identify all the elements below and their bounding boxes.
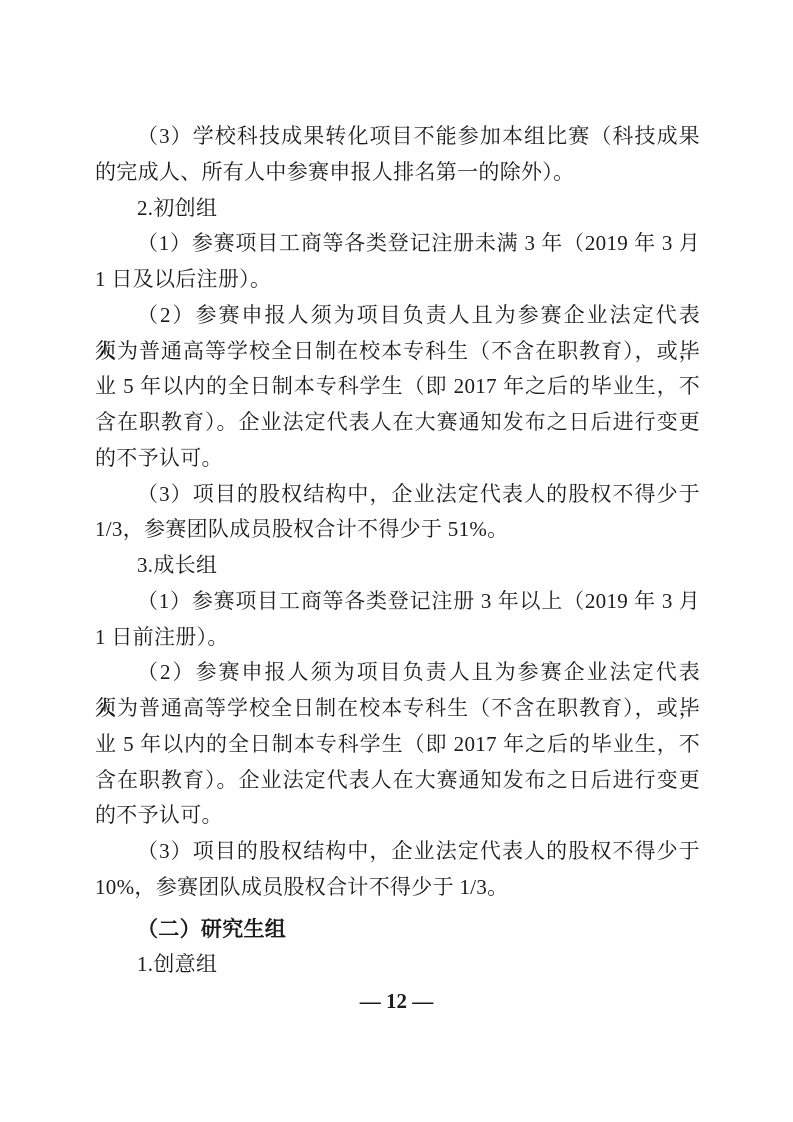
body-text-line: 1/3，参赛团队成员股权合计不得少于 51%。 [95,512,700,548]
page-footer: — 12 — [0,986,793,1016]
body-text-line: 须为普通高等学校全日制在校本专科生（不含在职教育），或毕 [95,334,700,370]
body-text-line: （1）参赛项目工商等各类登记注册未满 3 年（2019 年 3 月 [95,226,700,262]
body-text-line: 1 日前注册）。 [95,620,700,656]
page-number: — 12 — [360,989,434,1013]
body-text-line: （3）项目的股权结构中，企业法定代表人的股权不得少于 [95,477,700,513]
body-text-line: 1 日及以后注册）。 [95,262,700,298]
heading-chuchuang-group: 2.初创组 [95,191,700,227]
body-text-line: 的不予认可。 [95,441,700,477]
body-text-line: （3）学校科技成果转化项目不能参加本组比赛（科技成果 [95,119,700,155]
body-text-line: 的完成人、所有人中参赛申报人排名第一的除外）。 [95,155,700,191]
body-text-line: （3）项目的股权结构中，企业法定代表人的股权不得少于 [95,834,700,870]
document-page: （3）学校科技成果转化项目不能参加本组比赛（科技成果 的完成人、所有人中参赛申报… [0,0,793,1122]
body-text-line: 须为普通高等学校全日制在校本专科生（不含在职教育），或毕 [95,691,700,727]
body-text-line: 的不予认可。 [95,798,700,834]
heading-chengzhang-group: 3.成长组 [95,548,700,584]
heading-chuangyi-group: 1.创意组 [95,947,700,983]
body-text-line: 含在职教育）。企业法定代表人在大赛通知发布之日后进行变更 [95,405,700,441]
body-text-line: 业 5 年以内的全日制本专科学生（即 2017 年之后的毕业生，不 [95,369,700,405]
body-text-line: 10%，参赛团队成员股权合计不得少于 1/3。 [95,870,700,906]
document-body: （3）学校科技成果转化项目不能参加本组比赛（科技成果 的完成人、所有人中参赛申报… [95,119,700,983]
body-text-line: （1）参赛项目工商等各类登记注册 3 年以上（2019 年 3 月 [95,584,700,620]
body-text-line: （2）参赛申报人须为项目负责人且为参赛企业法定代表人， [95,298,700,334]
body-text-line: （2）参赛申报人须为项目负责人且为参赛企业法定代表人， [95,655,700,691]
heading-graduate-section: （二）研究生组 [95,912,700,948]
body-text-line: 业 5 年以内的全日制本专科学生（即 2017 年之后的毕业生，不 [95,727,700,763]
body-text-line: 含在职教育）。企业法定代表人在大赛通知发布之日后进行变更 [95,763,700,799]
